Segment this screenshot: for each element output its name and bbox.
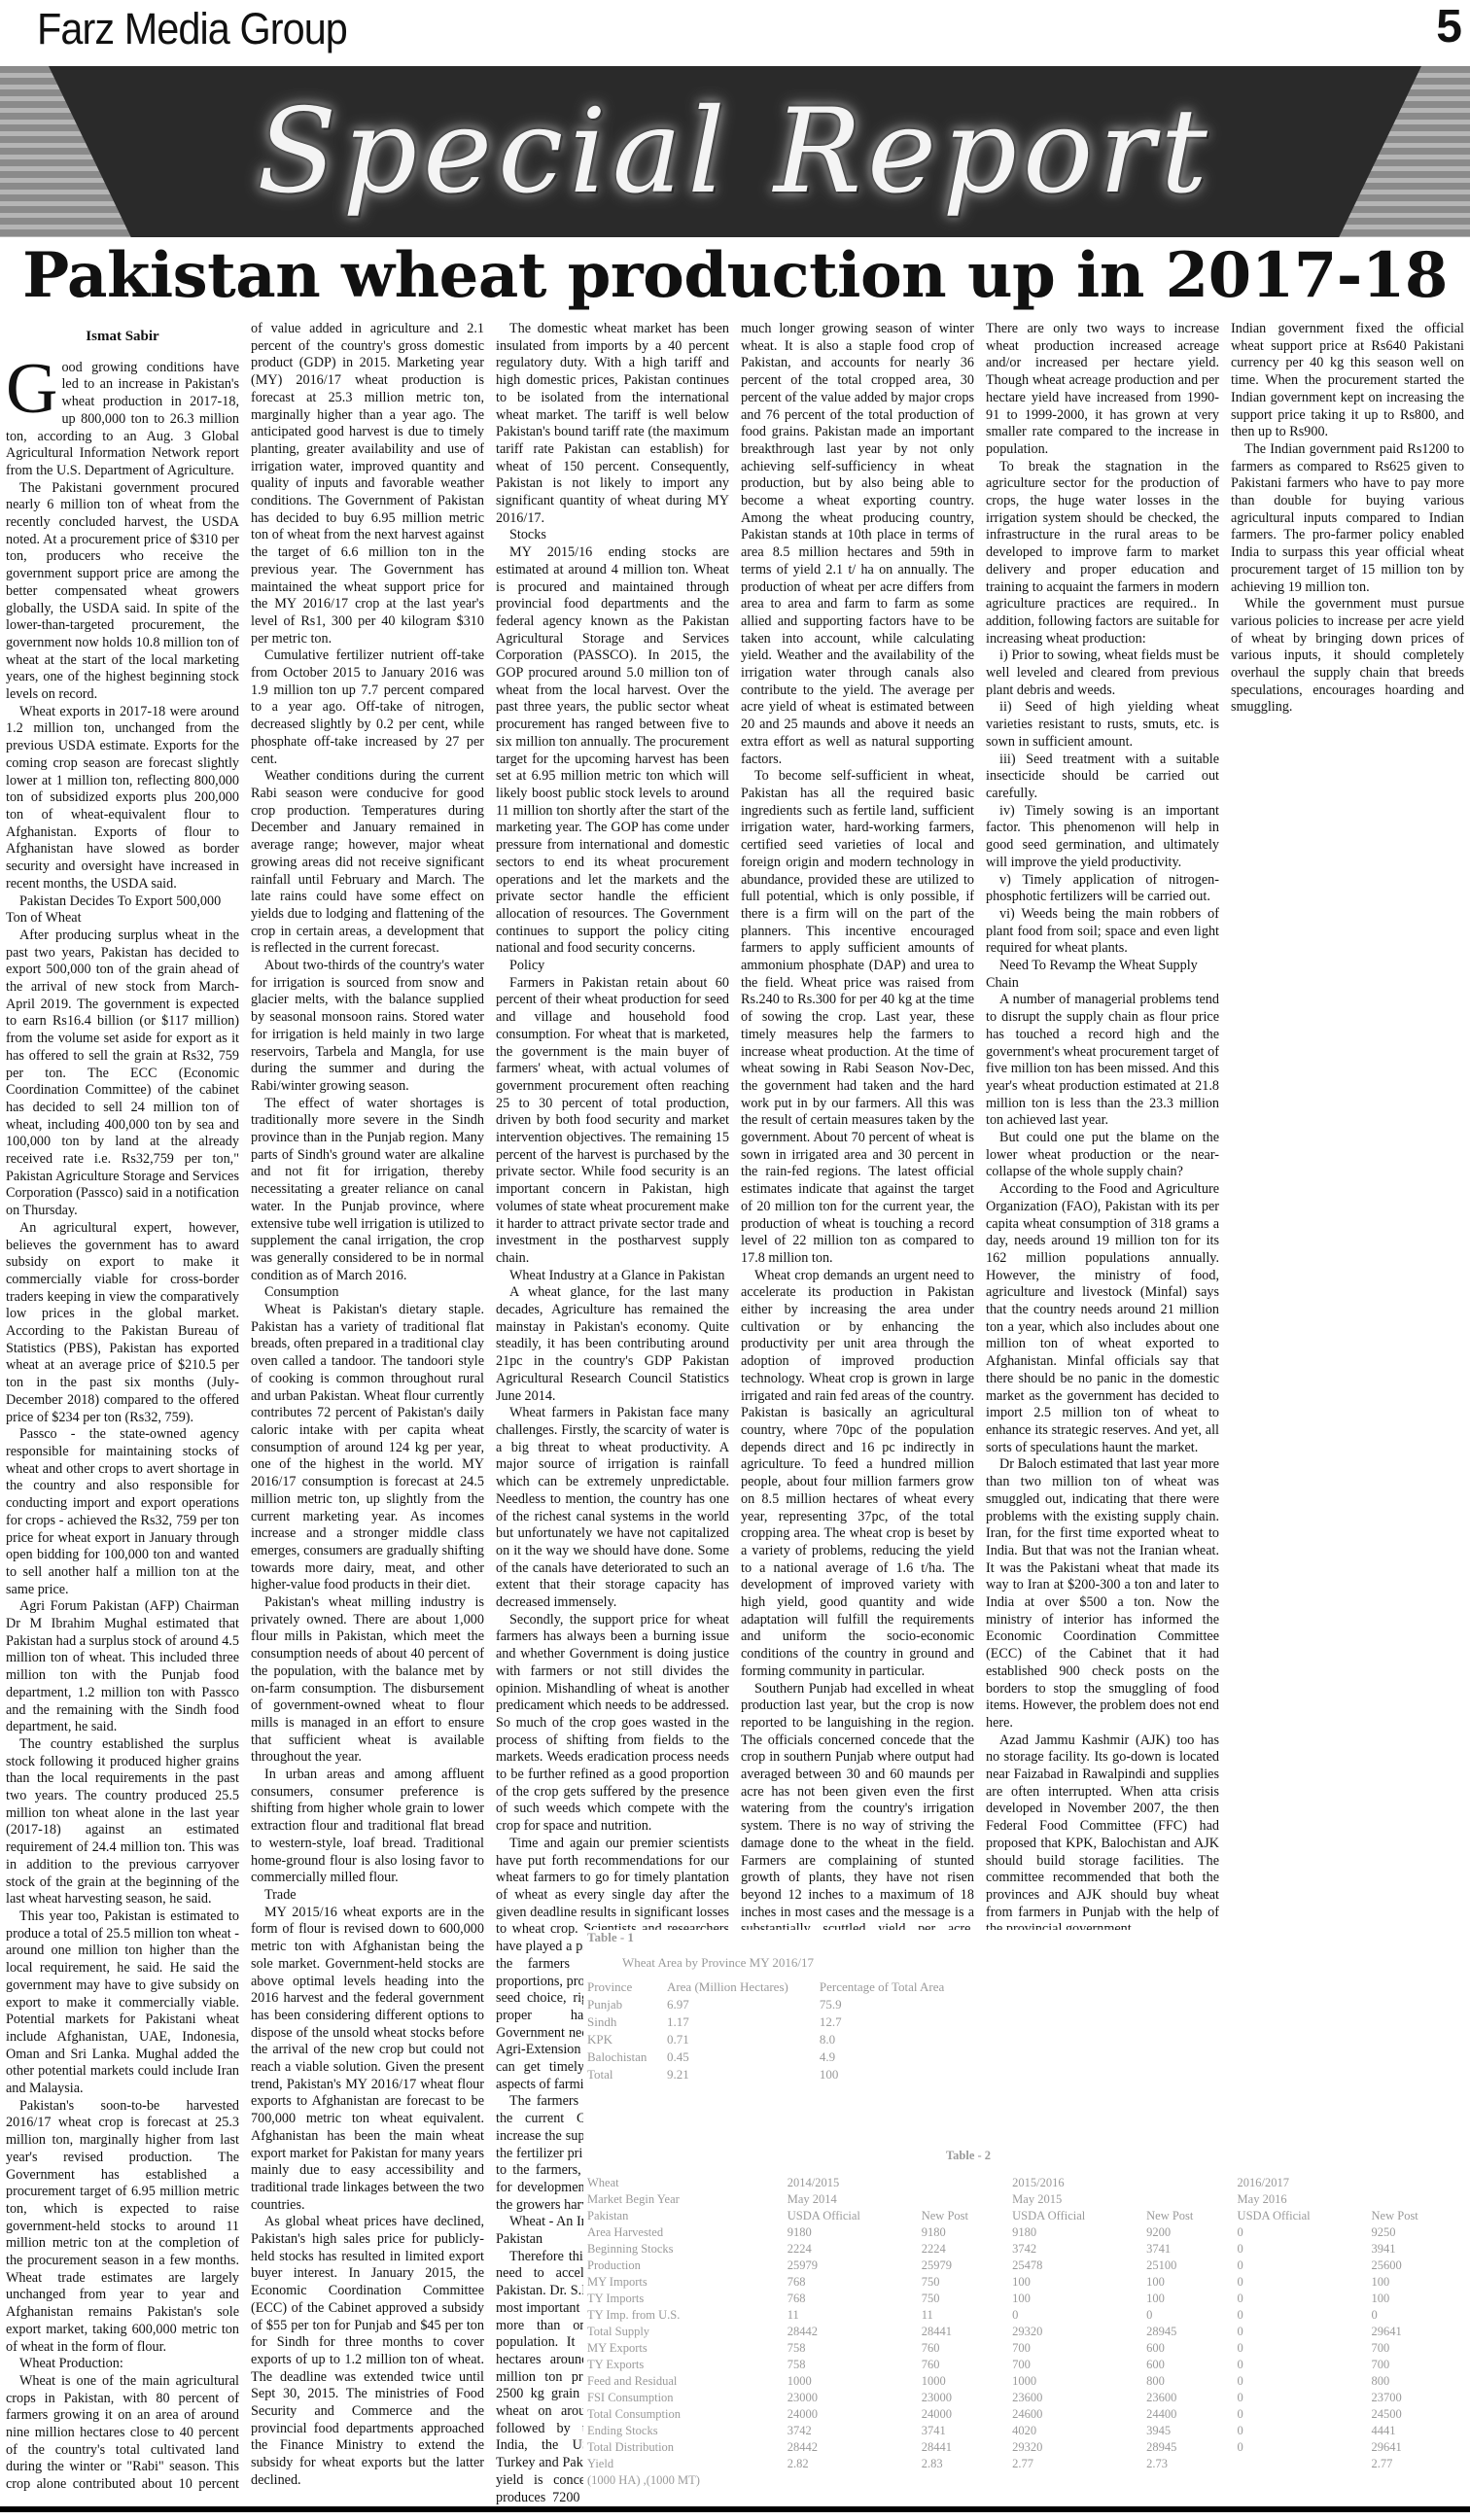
table-cell: 3741 [918,2423,1008,2439]
table-cell: 2.77 [1008,2456,1142,2472]
table-cell [1142,2175,1233,2191]
table-cell: 2.83 [918,2456,1008,2472]
table-cell: Total Consumption [583,2406,784,2423]
table-cell: 768 [784,2291,918,2307]
table-row: Balochistan0.454.9 [583,2048,972,2066]
table-cell: 11 [784,2307,918,2324]
table-cell: 750 [918,2274,1008,2291]
banner-title: Special Report [0,66,1470,237]
paragraph: But could one put the blame on the lower… [986,1130,1219,1181]
table-2: Table - 2 Wheat2014/20152015/20162016/20… [583,2149,1470,2489]
table-cell: May 2016 [1234,2191,1368,2208]
table-cell [1142,2191,1233,2208]
table-cell: 0 [1234,2241,1368,2257]
paragraph: ii) Seed of high yielding wheat varietie… [986,699,1219,751]
table-cell: 4020 [1008,2423,1142,2439]
table-cell: 2224 [784,2241,918,2257]
table-cell [918,2191,1008,2208]
table-cell: 24500 [1368,2406,1458,2423]
paragraph: While the government must pursue various… [1231,596,1464,717]
table-cell: TY Imports [583,2291,784,2307]
table-row: Feed and Residual1000100010008000800 [583,2373,1458,2390]
table-cell: FSI Consumption [583,2390,784,2406]
paragraph: vi) Weeds being the main robbers of plan… [986,906,1219,958]
table-2-grid: Wheat2014/20152015/20162016/2017Market B… [583,2175,1458,2489]
paragraph: Cumulative fertilizer nutrient off-take … [251,647,484,768]
table-cell: Total Supply [583,2324,784,2340]
paragraph: MY 2015/16 wheat exports are in the form… [251,1905,484,2215]
paragraph: Wheat is Pakistan's dietary staple. Paki… [251,1302,484,1594]
paragraph: Wheat farmers in Pakistan face many chal… [496,1405,729,1611]
table-cell: 0.45 [663,2048,816,2066]
table-cell: 0 [1368,2307,1458,2324]
table-cell: 100 [1142,2274,1233,2291]
table-cell: Beginning Stocks [583,2241,784,2257]
table-cell: 3941 [1368,2241,1458,2257]
table-cell: 100 [816,2066,972,2083]
table-cell: 0 [1234,2423,1368,2439]
paragraph: This year too, Pakistan is estimated to … [6,1908,239,2098]
table-cell: Yield [583,2456,784,2472]
table-cell: 1000 [784,2373,918,2390]
table-row: Total Distribution2844228441293202894502… [583,2439,1458,2456]
paragraph: Dr Baloch estimated that last year more … [986,1456,1219,1732]
table-cell: Sindh [583,2013,663,2031]
paragraph: Wheat crop demands an urgent need to acc… [741,1268,974,1681]
table-cell: 3741 [1142,2241,1233,2257]
paragraph: To become self-sufficient in wheat, Paki… [741,768,974,1267]
table-cell [1142,2472,1233,2489]
table-cell: MY Exports [583,2340,784,2357]
table-cell: 23600 [1142,2390,1233,2406]
paragraph: The country established the surplus stoc… [6,1736,239,1908]
table-row: Sindh1.1712.7 [583,2013,972,2031]
paragraph: MY 2015/16 ending stocks are estimated a… [496,544,729,958]
table-cell: USDA Official [784,2208,918,2224]
table-cell: 9200 [1142,2224,1233,2241]
table-cell: 25600 [1368,2257,1458,2274]
table-1-grid: ProvinceArea (Million Hectares)Percentag… [583,1978,972,2083]
table-cell: 2016/2017 [1234,2175,1368,2191]
table-1-header: Province [583,1978,663,1996]
publication-name: Farz Media Group [37,4,347,54]
table-cell: 9180 [918,2224,1008,2241]
table-row: Total Consumption24000240002460024400024… [583,2406,1458,2423]
table-cell: 28441 [918,2324,1008,2340]
paragraph: The effect of water shortages is traditi… [251,1096,484,1285]
table-cell: 100 [1008,2274,1142,2291]
table-cell: 2.77 [1368,2456,1458,2472]
table-cell: Balochistan [583,2048,663,2066]
subheading: Pakistan Decides To Export 500,000 Ton o… [6,893,239,927]
paragraph: The Pakistani government procured nearly… [6,480,239,704]
table-cell: 29641 [1368,2439,1458,2456]
table-cell: 29641 [1368,2324,1458,2340]
table-row: Area Harvested918091809180920009250 [583,2224,1458,2241]
paragraph: About two-thirds of the country's water … [251,958,484,1096]
subheading: Trade [251,1887,484,1905]
table-cell: 12.7 [816,2013,972,2031]
table-cell: 28442 [784,2439,918,2456]
table-cell: 6.97 [663,1996,816,2013]
table-cell: 9180 [1008,2224,1142,2241]
table-row: Yield2.822.832.772.732.77 [583,2456,1458,2472]
table-row: Total9.21100 [583,2066,972,2083]
table-cell [1368,2175,1458,2191]
subheading: Consumption [251,1284,484,1302]
table-cell: 100 [1368,2291,1458,2307]
table-cell: 24000 [918,2406,1008,2423]
table-cell: 25478 [1008,2257,1142,2274]
table-cell: 0 [1234,2373,1368,2390]
table-cell [1234,2456,1368,2472]
table-cell: 750 [918,2291,1008,2307]
masthead: Farz Media Group 5 [0,0,1470,66]
table-cell: New Post [1142,2208,1233,2224]
table-row: TY Imp. from U.S.11110000 [583,2307,1458,2324]
table-cell: 768 [784,2274,918,2291]
table-cell [1234,2472,1368,2489]
paragraph: A wheat glance, for the last many decade… [496,1284,729,1405]
table-cell [918,2472,1008,2489]
table-cell: 758 [784,2357,918,2373]
table-cell [918,2175,1008,2191]
table-2-label: Table - 2 [583,2149,1470,2163]
table-cell: 700 [1368,2340,1458,2357]
table-cell: 100 [1142,2291,1233,2307]
table-cell: 100 [1368,2274,1458,2291]
paragraph: Agri Forum Pakistan (AFP) Chairman Dr M … [6,1598,239,1736]
table-cell: KPK [583,2031,663,2048]
table-cell: 0 [1234,2340,1368,2357]
table-cell: 8.0 [816,2031,972,2048]
table-cell: 2.73 [1142,2456,1233,2472]
page-number: 5 [1436,0,1462,53]
table-cell: 760 [918,2357,1008,2373]
table-cell: 0 [1234,2257,1368,2274]
paragraph: The Indian government paid Rs1200 to far… [1231,441,1464,596]
table-cell: 23600 [1008,2390,1142,2406]
table-cell: 9.21 [663,2066,816,2083]
table-cell: 0 [1234,2307,1368,2324]
paragraph: Azad Jammu Kashmir (AJK) too has no stor… [986,1732,1219,1939]
paragraph: As global wheat prices have declined, Pa… [251,2214,484,2489]
table-cell: 1000 [918,2373,1008,2390]
table-cell: 28442 [784,2324,918,2340]
subheading: Stocks [496,527,729,544]
table-cell: 28441 [918,2439,1008,2456]
paragraph: i) Prior to sowing, wheat fields must be… [986,647,1219,699]
table-cell: 2015/2016 [1008,2175,1142,2191]
table-row: MY Exports7587607006000700 [583,2340,1458,2357]
table-header-row: Wheat2014/20152015/20162016/2017 [583,2175,1458,2191]
table-1-label: Table - 1 [587,1930,972,1945]
table-cell: 1000 [1008,2373,1142,2390]
paragraph: Farmers in Pakistan retain about 60 perc… [496,975,729,1268]
table-cell: Total Distribution [583,2439,784,2456]
table-cell: 600 [1142,2340,1233,2357]
paragraph: According to the Food and Agriculture Or… [986,1181,1219,1456]
table-cell: 75.9 [816,1996,972,2013]
table-cell: Feed and Residual [583,2373,784,2390]
paragraph: After producing surplus wheat in the pas… [6,927,239,1220]
table-cell: (1000 HA) ,(1000 MT) [583,2472,784,2489]
table-cell: 0 [1234,2439,1368,2456]
table-cell: USDA Official [1234,2208,1368,2224]
paragraph: Wheat exports in 2017-18 were around 1.2… [6,704,239,893]
table-cell: Production [583,2257,784,2274]
table-cell: 24000 [784,2406,918,2423]
table-cell: 3742 [1008,2241,1142,2257]
table-cell: Pakistan [583,2208,784,2224]
paragraph: Weather conditions during the current Ra… [251,768,484,958]
table-1: Table - 1 Wheat Area by Province MY 2016… [583,1930,972,2083]
subheading: Wheat Production: [6,2356,239,2373]
table-cell [1008,2472,1142,2489]
table-cell: 29320 [1008,2324,1142,2340]
table-cell: 2014/2015 [784,2175,918,2191]
table-cell: 0 [1234,2390,1368,2406]
table-row: Ending Stocks374237414020394504441 [583,2423,1458,2439]
paragraph: Pakistan's soon-to-be harvested 2016/17 … [6,2098,239,2357]
table-row: Beginning Stocks222422243742374103941 [583,2241,1458,2257]
table-cell: 28945 [1142,2439,1233,2456]
table-row: Punjab6.9775.9 [583,1996,972,2013]
table-cell: 25979 [918,2257,1008,2274]
table-cell: 24600 [1008,2406,1142,2423]
table-cell: MY Imports [583,2274,784,2291]
table-cell: 23000 [784,2390,918,2406]
table-cell: 0 [1234,2274,1368,2291]
drop-cap: G [6,362,57,416]
table-cell: 3945 [1142,2423,1233,2439]
table-cell: Area Harvested [583,2224,784,2241]
paragraph: iii) Seed treatment with a suitable inse… [986,752,1219,803]
table-cell: 0 [1234,2406,1368,2423]
table-cell: 25979 [784,2257,918,2274]
paragraph: v) Timely application of nitrogen-phosph… [986,872,1219,906]
table-cell: 4441 [1368,2423,1458,2439]
table-cell: 23000 [918,2390,1008,2406]
table-cell: 4.9 [816,2048,972,2066]
table-cell: Punjab [583,1996,663,2013]
table-cell [784,2472,918,2489]
table-cell: 600 [1142,2357,1233,2373]
paragraph: A number of managerial problems tend to … [986,992,1219,1130]
table-cell: 25100 [1142,2257,1233,2274]
table-cell: 3742 [784,2423,918,2439]
table-cell: 9250 [1368,2224,1458,2241]
table-cell: Market Begin Year [583,2191,784,2208]
table-cell: 24400 [1142,2406,1233,2423]
table-cell: 800 [1142,2373,1233,2390]
table-row: KPK0.718.0 [583,2031,972,2048]
table-cell: TY Imp. from U.S. [583,2307,784,2324]
special-report-banner: Special Report [0,66,1470,237]
table-cell: 9180 [784,2224,918,2241]
table-row: MY Imports7687501001000100 [583,2274,1458,2291]
table-cell: 0 [1142,2307,1233,2324]
table-cell: 758 [784,2340,918,2357]
table-row: (1000 HA) ,(1000 MT) [583,2472,1458,2489]
table-header-row: PakistanUSDA OfficialNew PostUSDA Offici… [583,2208,1458,2224]
table-cell: 11 [918,2307,1008,2324]
table-row: TY Exports7587607006000700 [583,2357,1458,2373]
table-cell: 28945 [1142,2324,1233,2340]
paragraph: In urban areas and among affluent consum… [251,1767,484,1887]
paragraph: The domestic wheat market has been insul… [496,321,729,527]
subheading: Policy [496,958,729,975]
table-row: Total Supply28442284412932028945029641 [583,2324,1458,2340]
table-cell: 2.82 [784,2456,918,2472]
table-cell: New Post [1368,2208,1458,2224]
table-header-row: Market Begin YearMay 2014May 2015May 201… [583,2191,1458,2208]
paragraph: Good growing conditions have led to an i… [6,360,239,480]
table-cell: 800 [1368,2373,1458,2390]
table-cell: May 2014 [784,2191,918,2208]
table-cell: 700 [1368,2357,1458,2373]
byline: Ismat Sabir [6,329,239,346]
paragraph: Passco - the state-owned agency responsi… [6,1426,239,1598]
subheading: Wheat Industry at a Glance in Pakistan [496,1268,729,1285]
table-cell: 0 [1234,2224,1368,2241]
headline: Pakistan wheat production up in 2017-18 [0,237,1470,315]
table-cell: 2224 [918,2241,1008,2257]
table-cell: 1.17 [663,2013,816,2031]
table-cell: May 2015 [1008,2191,1142,2208]
paragraph: Secondly, the support price for wheat fa… [496,1612,729,1836]
table-cell: 0 [1234,2324,1368,2340]
bottom-rule [0,2506,1470,2512]
table-cell: USDA Official [1008,2208,1142,2224]
table-cell: 700 [1008,2340,1142,2357]
table-row: TY Imports7687501001000100 [583,2291,1458,2307]
table-cell: Wheat [583,2175,784,2191]
table-cell: 0 [1234,2291,1368,2307]
tables-area: Table - 1 Wheat Area by Province MY 2016… [583,1930,1470,2513]
table-cell: Total [583,2066,663,2083]
table-cell: 23700 [1368,2390,1458,2406]
table-cell: 760 [918,2340,1008,2357]
table-cell [1368,2191,1458,2208]
table-cell: 100 [1008,2291,1142,2307]
subheading: Need To Revamp the Wheat Supply Chain [986,958,1219,992]
table-row: Production25979259792547825100025600 [583,2257,1458,2274]
table-cell: Ending Stocks [583,2423,784,2439]
table-cell: 0.71 [663,2031,816,2048]
table-cell: 0 [1008,2307,1142,2324]
paragraph: An agricultural expert, however, believe… [6,1220,239,1426]
table-cell: New Post [918,2208,1008,2224]
table-1-header: Area (Million Hectares) [663,1978,816,1996]
table-cell: 0 [1234,2357,1368,2373]
table-1-header: Percentage of Total Area [816,1978,972,1996]
table-cell: TY Exports [583,2357,784,2373]
paragraph: iv) Timely sowing is an important factor… [986,803,1219,872]
table-cell: 700 [1008,2357,1142,2373]
table-row: FSI Consumption2300023000236002360002370… [583,2390,1458,2406]
paragraph: Pakistan's wheat milling industry is pri… [251,1594,484,1767]
table-cell: 29320 [1008,2439,1142,2456]
table-cell [1368,2472,1458,2489]
paragraph: To break the stagnation in the agricultu… [986,459,1219,648]
table-1-caption: Wheat Area by Province MY 2016/17 [622,1955,972,1971]
